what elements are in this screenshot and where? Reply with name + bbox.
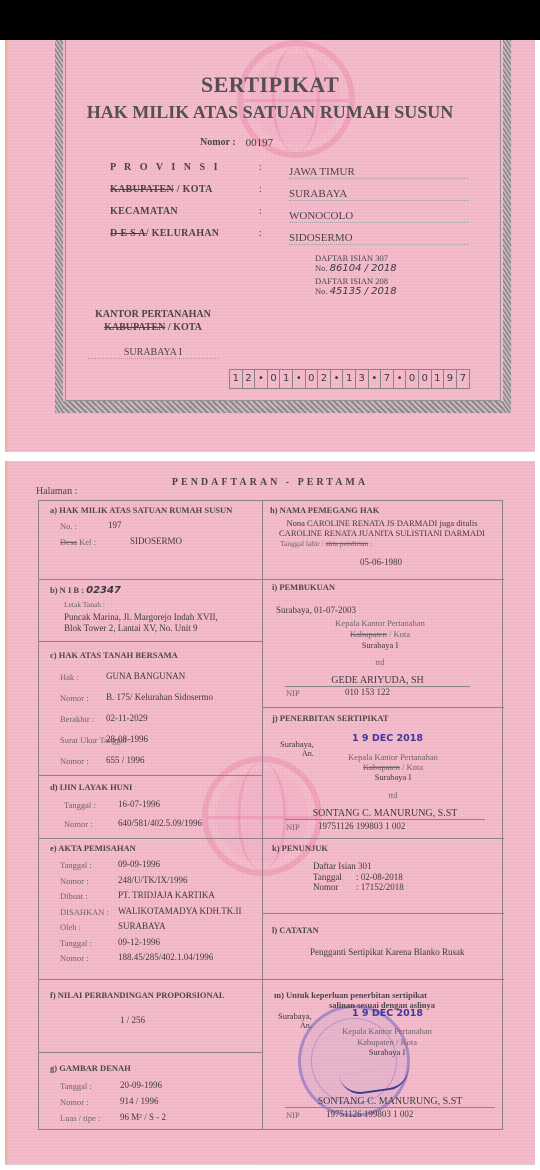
field-label: Tanggal : [60,1081,92,1091]
nomor-value: 00197 [246,137,274,149]
kota-label: KABUPATEN / KOTA [110,184,213,195]
date-stamp: 1 9 DEC 2018 [352,1008,423,1019]
nib-digit: 7 [381,370,394,388]
row-divider [262,913,504,914]
date-stamp: 1 9 DEC 2018 [352,733,423,744]
field-value: 20-09-1996 [120,1080,162,1090]
field-label: Tanggal : [60,938,92,948]
row-divider [39,641,262,642]
field-value: PT. TRIDJAJA KARTIKA [118,890,215,900]
kantor-value: SURABAYA I [88,347,218,359]
section-h-heading: h) NAMA PEMEGANG HAK [270,505,379,515]
kabupaten-struck: Kabupaten [350,629,387,639]
section-e-heading: e) AKTA PEMISAHAN [50,843,136,853]
row-divider [262,707,504,708]
kelurahan-text: / KELURAHAN [146,228,220,239]
field-value: 96 M² / S - 2 [120,1112,166,1122]
status-bar [0,0,540,40]
nib-digit: 1 [343,370,356,388]
registration-title: PENDAFTARAN - PERTAMA [0,477,540,488]
section-m-heading: m) Untuk keperluan penerbitan sertipikat [274,990,427,1000]
penunjuk-nomor-value: : 17152/2018 [356,882,404,892]
holder-line2: CAROLINE RENATA JUANITA SULISTIANI DARMA… [262,528,502,538]
kel-label: Desa Kel : [60,537,96,547]
office-label: Surabaya I [318,772,468,782]
field-label: Tanggal : [60,860,92,870]
daftar-307-value: 86104 / 2018 [330,263,397,274]
daftar-isian-208: DAFTAR ISIAN 208 No. 45135 / 2018 [315,276,397,297]
section-f-heading: f) NILAI PERBANDINGAN PROPORSIONAL [50,990,225,1000]
kelurahan-value: SIDOSERMO [289,232,469,245]
field-label: Nomor : [60,756,89,766]
daftar-208-label: DAFTAR ISIAN 208 [315,276,397,286]
penunjuk-line1: Daftar Isian 301 [313,861,371,871]
field-label: Luas / tipe : [60,1113,100,1123]
section-g-heading: g) GAMBAR DENAH [50,1063,131,1073]
kabupaten-struck: KABUPATEN [104,322,165,333]
ttd-label: ttd [318,790,468,800]
row-divider [262,979,504,980]
office-label: Surabaya I [312,1047,462,1057]
row-divider [39,979,262,980]
colon: : [368,539,372,548]
row-divider [39,1052,262,1053]
no-value: 197 [108,520,122,530]
nib-digit: 2 [243,370,256,388]
kota-text: / Kota [400,762,423,772]
letak-label: Letak Tanah : [64,600,105,609]
no-label: No. [315,286,328,296]
section-b-heading: b) N I B : 02347 [50,585,121,596]
nib-digit: 0 [406,370,419,388]
kelurahan-label: D E S A/ KELURAHAN [110,228,219,239]
kel-text: Kel : [77,537,96,547]
kantor-line1: KANTOR PERTANAHAN [88,308,218,321]
signatory-name: SONTANG C. MANURUNG, S.ST [285,1096,495,1108]
akta-struck: akta pendirian [326,539,369,548]
field-label: DISAHKAN : [60,907,109,917]
field-value: 09-09-1996 [118,859,160,869]
certificate-number: Nomor : 00197 [200,137,236,148]
letak-line1: Puncak Marina, Jl. Margorejo Indah XVII, [64,612,218,622]
kabupaten-struck: Kabupaten [363,762,400,772]
letak-line2: Blok Tower 2, Lantai XV, No. Unit 9 [64,623,198,633]
field-value: 09-12-1996 [118,937,160,947]
signatory-name: GEDE ARIYUDA, SH [285,675,470,687]
field-value: 640/581/402.5.09/1996 [118,818,202,828]
provinsi-value: JAWA TIMUR [289,166,469,179]
section-a-heading: a) HAK MILIK ATAS SATUAN RUMAH SUSUN [50,505,232,515]
nib-digit: • [369,370,382,388]
field-value: WALIKOTAMADYA KDH.TK.II [118,906,242,916]
kepala-label: Kepala Kantor Pertanahan [300,618,460,628]
penerbitan-place: Surabaya, [280,739,314,749]
nip-label: NIP [286,822,300,832]
nib-label: b) N I B : [50,585,84,595]
kota-label: Kabupaten / Kota [300,629,460,639]
nib-digit: 9 [444,370,457,388]
colon: : [259,206,262,217]
tgl-lahir-value: 05-06-1980 [360,557,402,567]
kepala-label: Kepala Kantor Pertanahan [312,1026,462,1036]
daftar-isian-307: DAFTAR ISIAN 307 No. 86104 / 2018 [315,253,397,274]
nip-label: NIP [286,1110,300,1120]
nib-value: 02347 [86,585,121,596]
kota-value: SURABAYA [289,188,469,201]
kecamatan-value: WONOCOLO [289,210,469,223]
nilai-value: 1 / 256 [120,1015,145,1025]
field-label: Hak : [60,672,79,682]
nomor-label: Nomor : [200,137,236,148]
nib-digit: 0 [306,370,319,388]
nib-digit: • [293,370,306,388]
field-label: Nomor : [60,953,89,963]
penunjuk-tgl-label: Tanggal [313,872,342,882]
field-value: B. 175/ Kelurahan Sidosermo [106,692,213,702]
daftar-208-value: 45135 / 2018 [330,286,397,297]
kota-text: / Kota [387,629,410,639]
field-label: Oleh : [60,922,81,932]
certificate-subtitle: HAK MILIK ATAS SATUAN RUMAH SUSUN [0,102,540,123]
nib-digit: 1 [230,370,243,388]
section-c-heading: c) HAK ATAS TANAH BERSAMA [50,650,178,660]
colon: : [259,162,262,173]
field-label: Nomor : [60,693,89,703]
nib-digit: 0 [419,370,432,388]
row-divider [39,775,262,776]
section-k-heading: k) PENUNJUK [272,843,328,853]
halaman-label: Halaman : [36,486,77,497]
pembukuan-place-date: Surabaya, 01-07-2003 [276,605,356,615]
kabupaten-struck: KABUPATEN [110,184,174,195]
desa-struck: Desa [60,537,77,547]
no-label: No. [315,263,328,273]
row-divider [262,579,504,580]
nib-digit: • [394,370,407,388]
nib-digit: 1 [280,370,293,388]
field-label: Berakhir : [60,714,94,724]
field-label: Nomor : [64,819,93,829]
colon: : [259,184,262,195]
daftar-307-label: DAFTAR ISIAN 307 [315,253,397,263]
field-value: 914 / 1996 [120,1096,159,1106]
field-value: 188.45/285/402.1.04/1996 [118,952,213,962]
nip-value: 19751126 199803 1 002 [326,1109,413,1119]
nib-digit: • [255,370,268,388]
field-label: Nomor : [60,876,89,886]
section-i-heading: i) PEMBUKUAN [272,582,335,592]
kota-text: / KOTA [165,322,201,333]
tgl-lahir-label: Tanggal lahir / akta pendirian : [280,539,372,548]
column-divider [262,501,263,1129]
nib-digit: 7 [457,370,470,388]
row-divider [39,838,262,839]
nip-label: NIP [286,688,300,698]
field-value: SURABAYA [118,921,166,931]
field-label: Nomor : [60,1097,89,1107]
certificate-title: SERTIPIKAT [0,72,540,98]
nip-value: 010 153 122 [345,687,390,697]
nib-digit: 2 [318,370,331,388]
row-divider [39,579,262,580]
colon: : [259,228,262,239]
holder-line1: Nona CAROLINE RENATA JS DARMADI juga dit… [262,518,502,528]
provinsi-label: P R O V I N S I [110,162,220,173]
signatory-name: SONTANG C. MANURUNG, S.ST [285,808,485,820]
no-label: No. : [60,521,77,531]
nib-number-boxes: 12•01•02•13•7•00197 [229,369,470,389]
m-place: Surabaya, [278,1011,312,1021]
penunjuk-tgl-value: : 02-08-2018 [356,872,403,882]
ttd-label: ttd [300,657,460,667]
field-value: GUNA BANGUNAN [106,671,185,681]
kepala-label: Kepala Kantor Pertanahan [318,752,468,762]
field-value: 248/U/TK/IX/1996 [118,875,188,885]
kota-label: Kabupaten / Kota [318,762,468,772]
desa-struck: D E S A [110,228,146,239]
office-label: Surabaya I [300,640,460,650]
nib-digit: 0 [268,370,281,388]
kantor-pertanahan-label: KANTOR PERTANAHAN KABUPATEN / KOTA [88,308,218,334]
section-j-heading: j) PENERBITAN SERTIPIKAT [272,713,389,723]
nip-value: 19751126 199803 1 002 [318,821,405,831]
catatan-value: Pengganti Sertipikat Karena Blanko Rusak [310,947,464,957]
nib-digit: • [331,370,344,388]
an-label: An. [300,1021,312,1030]
kel-value: SIDOSERMO [130,536,182,546]
kecamatan-label: KECAMATAN [110,206,178,217]
an-label: An. [302,749,314,758]
section-l-heading: l) CATATAN [272,925,319,935]
field-value: 02-11-2029 [106,713,148,723]
nib-digit: 3 [356,370,369,388]
kota-label: Kabupaten / Kota [312,1037,462,1047]
field-value: 655 / 1996 [106,755,145,765]
field-label: Dibuat : [60,891,88,901]
penunjuk-nomor-label: Nomor [313,882,339,892]
nib-digit: 1 [432,370,445,388]
kota-text: / KOTA [174,184,213,195]
section-d-heading: d) IJIN LAYAK HUNI [50,782,132,792]
row-divider [262,838,504,839]
field-label: Tanggal : [64,800,96,810]
field-value: 28-08-1996 [106,734,148,744]
tgl-text: Tanggal lahir / [280,539,326,548]
field-value: 16-07-1996 [118,799,160,809]
